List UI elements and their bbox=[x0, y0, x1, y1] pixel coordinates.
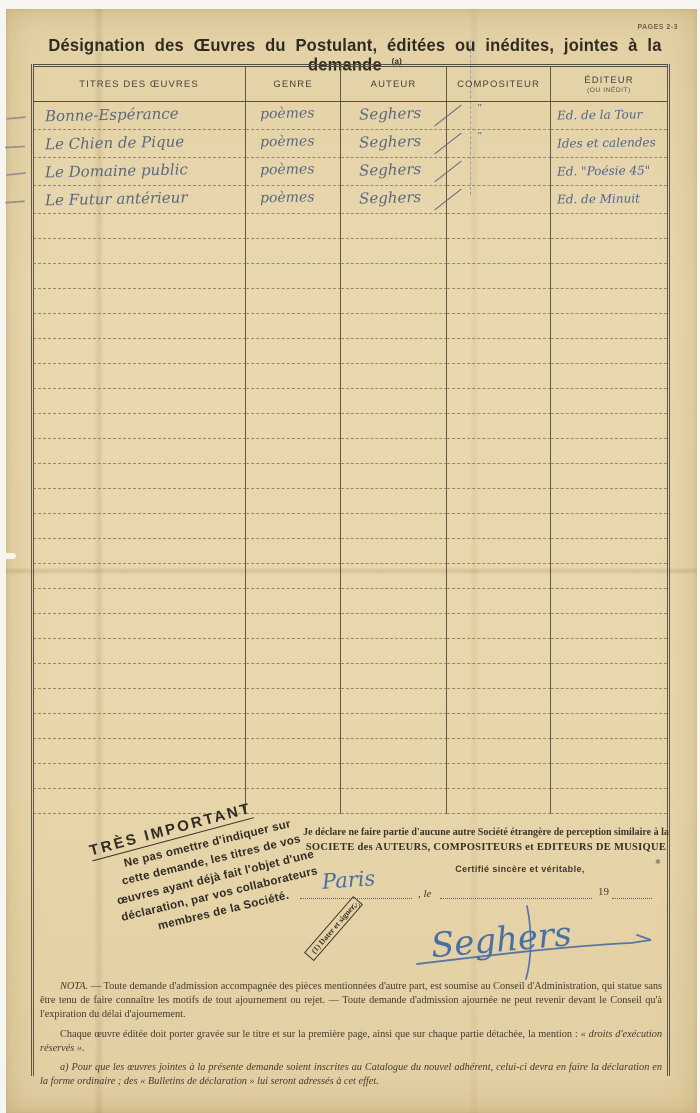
handwritten-genre: poèmes bbox=[246, 101, 315, 122]
empty-cell bbox=[447, 764, 551, 789]
empty-cell bbox=[341, 664, 447, 689]
empty-cell bbox=[447, 514, 551, 539]
empty-cell bbox=[33, 514, 246, 539]
empty-cell bbox=[551, 664, 667, 689]
table-empty-row bbox=[33, 314, 667, 339]
auteur-cell: Seghers bbox=[341, 158, 447, 186]
table-empty-row bbox=[33, 414, 667, 439]
empty-cell bbox=[551, 214, 667, 239]
column-header-label: COMPOSITEUR bbox=[457, 79, 540, 90]
empty-cell bbox=[246, 489, 341, 514]
empty-cell bbox=[246, 389, 341, 414]
column-header-label: AUTEUR bbox=[371, 79, 417, 90]
empty-cell bbox=[33, 414, 246, 439]
ditto-mark: ″ bbox=[477, 131, 483, 142]
genre-cell: poèmes bbox=[246, 102, 341, 130]
empty-cell bbox=[551, 714, 667, 739]
handwritten-title: Le Domaine public bbox=[33, 156, 188, 181]
empty-cell bbox=[33, 339, 246, 364]
column-header-titres: TITRES DES ŒUVRES bbox=[33, 67, 246, 101]
empty-cell bbox=[551, 614, 667, 639]
empty-cell bbox=[246, 314, 341, 339]
empty-cell bbox=[551, 764, 667, 789]
empty-cell bbox=[33, 489, 246, 514]
empty-cell bbox=[33, 589, 246, 614]
column-header-genre: GENRE bbox=[246, 67, 341, 101]
editeur-cell: Ed. "Poésie 45" bbox=[551, 158, 667, 186]
empty-rows-container bbox=[33, 214, 667, 814]
empty-cell bbox=[447, 339, 551, 364]
handwritten-publisher: Ides et calendes bbox=[551, 129, 656, 150]
empty-cell bbox=[246, 689, 341, 714]
empty-cell bbox=[33, 689, 246, 714]
page-number-label: PAGES 2-3 bbox=[637, 24, 678, 31]
le-label: , le bbox=[418, 888, 431, 900]
table-empty-row bbox=[33, 464, 667, 489]
right-page-rule bbox=[667, 64, 670, 1076]
empty-cell bbox=[551, 239, 667, 264]
empty-cell bbox=[447, 539, 551, 564]
empty-cell bbox=[447, 264, 551, 289]
empty-cell bbox=[341, 239, 447, 264]
empty-cell bbox=[551, 339, 667, 364]
nota-paragraph-3: a) Pour que les œuvres jointes à la prés… bbox=[40, 1061, 662, 1089]
empty-cell bbox=[551, 589, 667, 614]
empty-cell bbox=[341, 489, 447, 514]
column-header-editeur: ÉDITEUR (OU INÉDIT) bbox=[551, 67, 667, 101]
table-row: Le Domaine public poèmes Seghers Ed. "Po… bbox=[33, 158, 667, 186]
scanned-form-page: ✱ PAGES 2-3 Désignation des Œuvres du Po… bbox=[0, 0, 700, 1113]
date-blank-line bbox=[440, 898, 592, 899]
signature-icon: Seghers bbox=[415, 902, 667, 982]
table-empty-row bbox=[33, 539, 667, 564]
empty-cell bbox=[341, 264, 447, 289]
empty-cell bbox=[33, 239, 246, 264]
empty-cell bbox=[246, 514, 341, 539]
empty-cell bbox=[33, 764, 246, 789]
table-empty-row bbox=[33, 664, 667, 689]
empty-cell bbox=[33, 564, 246, 589]
handwritten-title: Le Futur antérieur bbox=[33, 184, 188, 209]
titre-cell: Bonne-Espérance bbox=[33, 102, 246, 130]
empty-cell bbox=[447, 639, 551, 664]
table-empty-row bbox=[33, 289, 667, 314]
empty-cell bbox=[33, 289, 246, 314]
empty-cell bbox=[246, 614, 341, 639]
empty-cell bbox=[246, 714, 341, 739]
empty-cell bbox=[33, 214, 246, 239]
table-empty-row bbox=[33, 564, 667, 589]
empty-cell bbox=[551, 289, 667, 314]
empty-cell bbox=[33, 314, 246, 339]
table-empty-row bbox=[33, 589, 667, 614]
empty-cell bbox=[447, 689, 551, 714]
empty-cell bbox=[33, 714, 246, 739]
titre-cell: Le Domaine public bbox=[33, 158, 246, 186]
empty-cell bbox=[33, 539, 246, 564]
column-header-sublabel: (OU INÉDIT) bbox=[587, 87, 631, 94]
year-prefix: 19 bbox=[598, 886, 609, 898]
auteur-cell: Seghers bbox=[341, 102, 447, 130]
table-empty-row bbox=[33, 339, 667, 364]
empty-cell bbox=[447, 439, 551, 464]
auteur-cell: Seghers bbox=[341, 130, 447, 158]
empty-cell bbox=[341, 764, 447, 789]
empty-cell bbox=[341, 414, 447, 439]
nota-section: NOTA. — Toute demande d'admission accomp… bbox=[40, 980, 662, 1094]
table-empty-row bbox=[33, 364, 667, 389]
empty-cell bbox=[341, 314, 447, 339]
empty-cell bbox=[246, 239, 341, 264]
titre-cell: Le Futur antérieur bbox=[33, 186, 246, 214]
table-header-row: TITRES DES ŒUVRES GENRE AUTEUR COMPOSITE… bbox=[33, 67, 667, 102]
handwritten-author: Seghers bbox=[341, 129, 422, 152]
column-header-label: ÉDITEUR bbox=[584, 75, 633, 86]
empty-cell bbox=[341, 739, 447, 764]
column-header-label: TITRES DES ŒUVRES bbox=[79, 79, 199, 90]
nota-text-1: — Toute demande d'admission accompagnée … bbox=[40, 981, 662, 1020]
ink-speck: ✱ bbox=[655, 858, 661, 866]
empty-cell bbox=[447, 314, 551, 339]
paper-edge-notch bbox=[0, 553, 16, 559]
genre-cell: poèmes bbox=[246, 186, 341, 214]
signature-area: Seghers bbox=[415, 902, 667, 982]
empty-cell bbox=[447, 589, 551, 614]
empty-cell bbox=[447, 714, 551, 739]
handwritten-genre: poèmes bbox=[246, 129, 315, 150]
empty-cell bbox=[246, 289, 341, 314]
empty-cell bbox=[33, 389, 246, 414]
empty-cell bbox=[551, 314, 667, 339]
nota-paragraph-1: NOTA. — Toute demande d'admission accomp… bbox=[40, 980, 662, 1023]
empty-cell bbox=[33, 664, 246, 689]
empty-cell bbox=[33, 739, 246, 764]
empty-cell bbox=[246, 264, 341, 289]
handwritten-publisher: Ed. "Poésie 45" bbox=[551, 157, 650, 178]
empty-cell bbox=[551, 439, 667, 464]
table-empty-row bbox=[33, 489, 667, 514]
empty-cell bbox=[246, 739, 341, 764]
empty-cell bbox=[447, 739, 551, 764]
editeur-cell: Ides et calendes bbox=[551, 130, 667, 158]
empty-cell bbox=[341, 714, 447, 739]
handwritten-genre: poèmes bbox=[246, 157, 315, 178]
declaration-line2: SOCIETE des AUTEURS, COMPOSITEURS et EDI… bbox=[298, 842, 674, 853]
table-empty-row bbox=[33, 214, 667, 239]
titre-cell: Le Chien de Pique bbox=[33, 130, 246, 158]
declaration-block: Je déclare ne faire partie d'aucune autr… bbox=[298, 826, 674, 853]
empty-cell bbox=[246, 464, 341, 489]
empty-cell bbox=[447, 214, 551, 239]
table-empty-row bbox=[33, 239, 667, 264]
handwritten-author: Seghers bbox=[341, 185, 422, 208]
handwritten-author: Seghers bbox=[341, 101, 422, 124]
empty-cell bbox=[246, 214, 341, 239]
empty-cell bbox=[551, 639, 667, 664]
empty-cell bbox=[551, 414, 667, 439]
empty-cell bbox=[447, 789, 551, 814]
editeur-cell: Ed. de Minuit bbox=[551, 186, 667, 214]
empty-cell bbox=[341, 514, 447, 539]
empty-cell bbox=[551, 464, 667, 489]
column-header-compositeur: COMPOSITEUR bbox=[447, 67, 551, 101]
empty-cell bbox=[246, 639, 341, 664]
empty-cell bbox=[33, 364, 246, 389]
table-empty-row bbox=[33, 714, 667, 739]
auteur-cell: Seghers bbox=[341, 186, 447, 214]
empty-cell bbox=[341, 689, 447, 714]
empty-cell bbox=[447, 464, 551, 489]
empty-cell bbox=[551, 514, 667, 539]
signature-text: Seghers bbox=[429, 914, 573, 966]
empty-cell bbox=[341, 639, 447, 664]
empty-cell bbox=[33, 439, 246, 464]
empty-cell bbox=[341, 789, 447, 814]
empty-cell bbox=[551, 489, 667, 514]
column-header-label: GENRE bbox=[273, 79, 312, 90]
empty-cell bbox=[341, 389, 447, 414]
empty-cell bbox=[33, 464, 246, 489]
empty-cell bbox=[551, 539, 667, 564]
year-blank-line bbox=[612, 898, 652, 899]
table-empty-row bbox=[33, 514, 667, 539]
handwritten-publisher: Ed. de Minuit bbox=[551, 185, 640, 206]
empty-cell bbox=[33, 264, 246, 289]
empty-cell bbox=[246, 364, 341, 389]
handwritten-author: Seghers bbox=[341, 157, 422, 180]
certify-label: Certifié sincère et véritable, bbox=[420, 864, 620, 874]
empty-cell bbox=[447, 664, 551, 689]
table-empty-row bbox=[33, 789, 667, 814]
handwritten-publisher: Ed. de la Tour bbox=[551, 101, 643, 122]
empty-cell bbox=[551, 389, 667, 414]
nota-paragraph-2: Chaque œuvre éditée doit porter gravée s… bbox=[40, 1028, 662, 1056]
empty-cell bbox=[341, 464, 447, 489]
empty-cell bbox=[246, 664, 341, 689]
nota-text-2: Chaque œuvre éditée doit porter gravée s… bbox=[60, 1029, 581, 1040]
empty-cell bbox=[551, 689, 667, 714]
table-empty-row bbox=[33, 689, 667, 714]
compositeur-cell: ″ bbox=[447, 102, 551, 130]
empty-cell bbox=[341, 289, 447, 314]
empty-cell bbox=[551, 739, 667, 764]
empty-cell bbox=[341, 214, 447, 239]
empty-cell bbox=[551, 789, 667, 814]
table-row: Le Futur antérieur poèmes Seghers Ed. de… bbox=[33, 186, 667, 214]
handwritten-city: Paris bbox=[321, 866, 376, 894]
empty-cell bbox=[447, 239, 551, 264]
empty-cell bbox=[341, 539, 447, 564]
handwritten-title: Bonne-Espérance bbox=[33, 100, 179, 125]
table-empty-row bbox=[33, 739, 667, 764]
table-empty-row bbox=[33, 389, 667, 414]
empty-cell bbox=[341, 439, 447, 464]
empty-cell bbox=[447, 414, 551, 439]
empty-cell bbox=[447, 364, 551, 389]
nota-label: NOTA. bbox=[60, 981, 88, 992]
compositeur-cell bbox=[447, 158, 551, 186]
editeur-cell: Ed. de la Tour bbox=[551, 102, 667, 130]
empty-cell bbox=[246, 414, 341, 439]
table-empty-row bbox=[33, 764, 667, 789]
declaration-line1: Je déclare ne faire partie d'aucune autr… bbox=[298, 826, 674, 840]
handwritten-genre: poèmes bbox=[246, 185, 315, 206]
genre-cell: poèmes bbox=[246, 130, 341, 158]
column-header-auteur: AUTEUR bbox=[341, 67, 447, 101]
empty-cell bbox=[246, 539, 341, 564]
compositeur-cell bbox=[447, 186, 551, 214]
table-row: Bonne-Espérance poèmes Seghers ″ Ed. de … bbox=[33, 102, 667, 130]
empty-cell bbox=[447, 389, 551, 414]
ditto-mark: ″ bbox=[477, 103, 483, 114]
table-empty-row bbox=[33, 639, 667, 664]
empty-cell bbox=[246, 564, 341, 589]
genre-cell: poèmes bbox=[246, 158, 341, 186]
empty-cell bbox=[33, 639, 246, 664]
empty-cell bbox=[341, 364, 447, 389]
empty-cell bbox=[341, 564, 447, 589]
empty-cell bbox=[33, 614, 246, 639]
table-empty-row bbox=[33, 264, 667, 289]
empty-cell bbox=[447, 564, 551, 589]
table-empty-row bbox=[33, 439, 667, 464]
empty-cell bbox=[551, 364, 667, 389]
handwritten-title: Le Chien de Pique bbox=[33, 128, 185, 153]
empty-cell bbox=[551, 564, 667, 589]
empty-cell bbox=[341, 589, 447, 614]
compositeur-cell: ″ bbox=[447, 130, 551, 158]
empty-cell bbox=[246, 439, 341, 464]
table-row: Le Chien de Pique poèmes Seghers ″ Ides … bbox=[33, 130, 667, 158]
empty-cell bbox=[341, 339, 447, 364]
empty-cell bbox=[551, 264, 667, 289]
empty-cell bbox=[447, 289, 551, 314]
empty-cell bbox=[246, 339, 341, 364]
works-table: TITRES DES ŒUVRES GENRE AUTEUR COMPOSITE… bbox=[33, 64, 667, 814]
table-empty-row bbox=[33, 614, 667, 639]
empty-cell bbox=[447, 489, 551, 514]
empty-cell bbox=[447, 614, 551, 639]
empty-cell bbox=[341, 614, 447, 639]
empty-cell bbox=[246, 589, 341, 614]
